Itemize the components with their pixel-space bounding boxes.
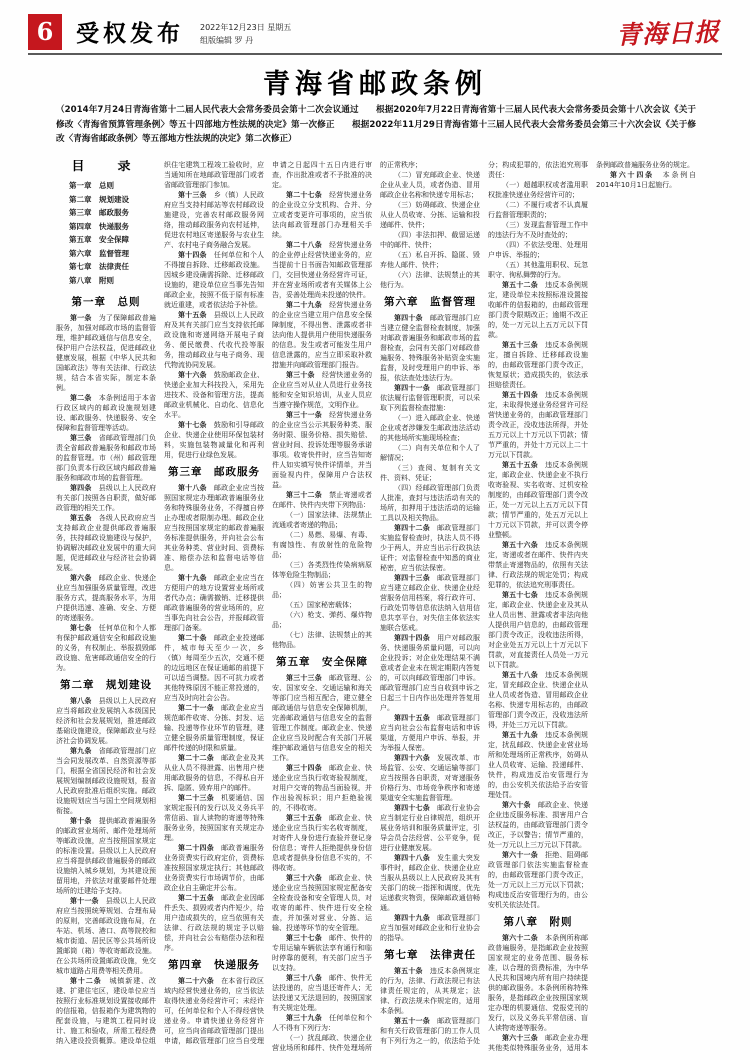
article-paragraph: 第五十九条 违反本条例规定，扰乱邮政、快递企业营业场所和处理场所正常秩序，妨碍从… (488, 730, 588, 800)
article-number: 第十六条 (178, 371, 214, 379)
article-paragraph: 第八条 县级以上人民政府应当将邮政业发展纳入本级国民经济和社会发展规划，推进邮政… (56, 696, 156, 746)
article-number: 第二十七条 (286, 191, 329, 199)
article-number: 第五十条 (394, 967, 430, 975)
article-paragraph: 第四十五条 邮政管理部门应当向社会公布监督电话和申诉渠道，方便用户申诉、举报，并… (380, 713, 480, 753)
article-paragraph: 第五十条 违反本条例规定的行为，法律、行政法规已有法律责任规定的，从其规定；法律… (380, 966, 480, 1016)
article-number: 第四十八条 (394, 854, 437, 862)
article-number: 第五十五条 (502, 461, 545, 469)
chapter-heading: 第五章 安全保障 (272, 657, 372, 667)
article-paragraph: （六）法律、法规禁止的其他行为。 (380, 270, 480, 290)
article-paragraph: （一）国家法律、法规禁止流通或者寄递的物品； (272, 510, 372, 530)
article-paragraph: 第四十八条 发生重大突发事件时，邮政企业、快递企业应当服从县级以上人民政府及其有… (380, 853, 480, 913)
article-paragraph: 第十条 提供邮政普遍服务的邮政营业场所、邮件处理场所等邮政设施，应当按照国家规定… (56, 816, 156, 896)
article-number: 第三十一条 (286, 411, 329, 419)
article-paragraph: 第四十四条 用户对邮政服务、快递服务质量问题，可以向企业投诉；对企业处理结果不满… (380, 633, 480, 713)
article-paragraph: 第三条 省邮政管理部门负责全省邮政普遍服务和邮政市场的监督管理。市（州）邮政管理… (56, 433, 156, 483)
article-number: 第五十一条 (394, 1017, 437, 1025)
article-number: 第十九条 (178, 574, 214, 582)
article-paragraph: 第三十条 经营快递业务的企业应当对从业人员进行业务技能和安全知识培训，从业人员应… (272, 370, 372, 410)
article-number: 第二十条 (178, 634, 214, 642)
article-paragraph: 第十五条 县级以上人民政府及其有关部门应当支持依托邮政设施和寄递网络开展电子商务… (164, 310, 264, 370)
chapter-heading: 第一章 总则 (56, 297, 156, 307)
article-number: 第五十二条 (502, 281, 545, 289)
article-number: 第十八条 (178, 484, 214, 492)
article-paragraph: 第十四条 任何单位和个人不得擅自拆除、迁移邮政设施。因城乡建设确需拆除、迁移邮政… (164, 250, 264, 310)
article-paragraph: 第五十八条 违反本条例规定，冒充邮政企业、快递企业从业人员或者伪造、冒用邮政企业… (488, 670, 588, 730)
article-number: 第四十六条 (394, 754, 437, 762)
article-number: 第四十二条 (394, 524, 437, 532)
article-number: 第四条 (70, 484, 99, 492)
page-number-badge: 6 (28, 14, 62, 50)
article-paragraph: 第四十一条 邮政管理部门依法履行监督管理职责，可以采取下列监督检查措施： (380, 383, 480, 413)
article-number: 第三十二条 (286, 491, 329, 499)
toc-item: 第四章 快递服务 (56, 220, 156, 234)
article-paragraph: 第四十三条 邮政管理部门应当建立邮政企业、快递企业经营服务信用档案，将行政许可、… (380, 573, 480, 633)
chapter-heading: 第七章 法律责任 (380, 950, 480, 960)
article-paragraph: 第七条 任何单位和个人都有保护邮政通信安全和邮政设施的义务，有权制止、举报损毁邮… (56, 623, 156, 673)
article-paragraph: 第三十四条 邮政企业、快递企业应当执行收寄验视制度，对用户交寄的物品当面验视，并… (272, 763, 372, 813)
article-number: 第四十九条 (394, 914, 437, 922)
toc-item: 第六章 监督管理 (56, 247, 156, 261)
article-paragraph: （三）各类烈性传染病病原体等危险生物制品； (272, 560, 372, 580)
article-number: 第十七条 (178, 421, 214, 429)
article-paragraph: 第五十四条 违反本条例规定，未取得快递业务经营许可经营快递业务的，由邮政管理部门… (488, 390, 588, 460)
article-number: 第二十八条 (286, 241, 329, 249)
article-paragraph: 第三十一条 经营快递业务的企业应当公示其服务种类、服务时限、服务价格、损失赔偿、… (272, 410, 372, 490)
regulation-title: 青海省邮政条例 (0, 62, 750, 101)
article-paragraph: 第五条 各级人民政府应当支持邮政企业提供邮政普遍服务，扶持邮政设施建设与保护，协… (56, 513, 156, 573)
article-number: 第六十二条 (502, 934, 545, 942)
toc-item: 第五章 安全保障 (56, 233, 156, 247)
toc-item: 第二章 规划建设 (56, 193, 156, 207)
article-paragraph: （三）妨碍邮政、快递企业从业人员收寄、分拣、运输和投递邮件、快件； (380, 200, 480, 230)
chapter-heading: 第三章 邮政服务 (164, 467, 264, 477)
article-number: 第十二条 (70, 977, 110, 985)
toc-item: 第一章 总则 (56, 179, 156, 193)
article-paragraph: 第三十九条 任何单位和个人不得有下列行为： (272, 1013, 372, 1033)
article-paragraph: 第二十九条 经营快递业务的企业应当建立用户信息安全保障制度，不得出售、泄露或者非… (272, 300, 372, 370)
article-paragraph: （三）发现监督管理工作中的违法行为不及时查处的； (488, 220, 588, 240)
article-paragraph: （四）经邮政管理部门负责人批准，查封与违法活动有关的场所，扣押用于违法活动的运输… (380, 483, 480, 523)
article-number: 第三条 (70, 434, 99, 442)
article-paragraph: 第九条 省邮政管理部门应当会同发展改革、自然资源等部门，根据全省国民经济和社会发… (56, 746, 156, 816)
article-paragraph: （三）查阅、复制有关文件、资料、凭证； (380, 463, 480, 483)
article-number: 第四十三条 (394, 574, 437, 582)
section-title: 受权发布 (76, 15, 184, 48)
article-number: 第二十九条 (286, 301, 329, 309)
article-paragraph: 第六十条 邮政企业、快递企业违反服务标准、损害用户合法权益的，由邮政管理部门责令… (488, 800, 588, 850)
toc-item: 第八章 附则 (56, 274, 156, 288)
toc-title: 目 录 (56, 162, 156, 172)
article-number: 第三十五条 (286, 814, 329, 822)
article-number: 第三十七条 (286, 934, 329, 942)
article-number: 第四十五条 (394, 714, 437, 722)
article-number: 第八条 (70, 697, 99, 705)
chapter-heading: 第二章 规划建设 (56, 680, 156, 690)
chapter-heading: 第六章 监督管理 (380, 297, 480, 307)
article-paragraph: （四）妨害公共卫生的物品； (272, 580, 372, 600)
article-number: 第二十一条 (178, 704, 221, 712)
article-paragraph: 第十八条 邮政企业应当按照国家规定办理邮政普遍服务业务和特殊服务业务，不得擅自停… (164, 483, 264, 573)
chapter-heading: 第八章 附则 (488, 917, 588, 927)
article-paragraph: 第三十二条 禁止寄递或者在邮件、快件内夹带下列物品： (272, 490, 372, 510)
article-paragraph: 第四十六条 发展改革、市场监管、公安、交通运输等部门应当按照各自职责，对寄递服务… (380, 753, 480, 803)
table-of-contents: 目 录 第一章 总则第二章 规划建设第三章 邮政服务第四章 快递服务第五章 安全… (56, 162, 156, 287)
article-paragraph: 第五十五条 违反本条例规定，邮政企业、快递企业不执行收寄验视、实名收寄、过机安检… (488, 460, 588, 540)
article-number: 第九条 (70, 747, 99, 755)
article-number: 第二十五条 (178, 894, 221, 902)
article-paragraph: 第四十七条 邮政行业协会应当制定行业自律规范，组织开展业务培训和服务质量评定，引… (380, 803, 480, 853)
article-paragraph: 第五十三条 违反本条例规定，擅自拆除、迁移邮政设施的，由邮政管理部门责令改正，恢… (488, 340, 588, 390)
toc-item: 第三章 邮政服务 (56, 206, 156, 220)
article-columns: 目 录 第一章 总则第二章 规划建设第三章 邮政服务第四章 快递服务第五章 安全… (56, 160, 696, 1055)
article-number: 第六十条 (502, 801, 538, 809)
article-paragraph: 第三十三条 邮政管理、公安、国家安全、交通运输和海关等部门应当相互配合，建立健全… (272, 673, 372, 763)
article-paragraph: 第六条 邮政企业、快递企业应当加强服务质量管理，改进服务方式，提高服务水平，为用… (56, 573, 156, 623)
article-paragraph: 第六十一条 拒绝、阻碍邮政管理部门依法实施监督检查的，由邮政管理部门责令改正，处… (488, 850, 588, 910)
page-header: 6 受权发布 2022年12月23日 星期五 组版编辑 罗 丹 青海日报 (28, 10, 722, 55)
article-number: 第五十六条 (502, 541, 545, 549)
article-paragraph: 第一条 为了保障邮政普遍服务，加强对邮政市场的监督管理，维护邮政通信与信息安全，… (56, 313, 156, 393)
article-number: 第七条 (70, 624, 99, 632)
article-paragraph: 第二十五条 邮政企业因邮件丢失、损毁或者内件短少，给用户造成损失的，应当依照有关… (164, 893, 264, 953)
article-number: 第五条 (70, 514, 99, 522)
article-paragraph: 第十九条 邮政企业应当在方便用户的地方设置营业场所或者代办点；确需撤销、迁移提供… (164, 573, 264, 633)
article-paragraph: 第十七条 鼓励和引导邮政企业、快递企业使用环保包装材料，实施包装物减量化和再利用… (164, 420, 264, 460)
article-paragraph: （二）易燃、易爆、有毒、有腐蚀性、有放射性的危险物品； (272, 530, 372, 560)
article-number: 第三十九条 (286, 1014, 329, 1022)
article-number: 第六十三条 (502, 1034, 545, 1042)
article-paragraph: （一）进入邮政企业、快递企业或者涉嫌发生邮政违法活动的其他场所实施现场检查； (380, 413, 480, 443)
article-number: 第四十四条 (394, 634, 437, 642)
article-paragraph: 第二十条 邮政企业投递邮件，城市每天至少一次，乡（镇）每周至少五次，交通不便的边… (164, 633, 264, 703)
article-number: 第六条 (70, 574, 99, 582)
article-paragraph: 第六十二条 本条例所称邮政普遍服务，是指邮政企业按照国家规定的业务范围、服务标准… (488, 933, 588, 1033)
article-paragraph: 第五十二条 违反本条例规定，建设单位未按照标准设置接收邮件的信报箱的，由邮政管理… (488, 280, 588, 340)
article-paragraph: 第十三条 乡（镇）人民政府应当支持村邮站等农村邮政设施建设，完善农村邮政服务网络… (164, 190, 264, 250)
article-paragraph: 第六十四条 本条例自2014年10月1日起施行。 (596, 170, 696, 190)
article-number: 第十四条 (178, 251, 214, 259)
newspaper-page: 6 受权发布 2022年12月23日 星期五 组版编辑 罗 丹 青海日报 青海省… (0, 0, 750, 1060)
article-paragraph: 第二条 本条例适用于本省行政区域内的邮政设施规划建设、邮政服务、快递服务、安全保… (56, 393, 156, 433)
article-paragraph: 第四十九条 邮政管理部门应当加强对邮政企业和行业协会的指导。 (380, 913, 480, 943)
article-paragraph: （二）向有关单位和个人了解情况； (380, 443, 480, 463)
article-paragraph: 第二十七条 经营快递业务的企业设立分支机构、合并、分立或者变更许可事项的，应当依… (272, 190, 372, 240)
article-number: 第五十九条 (502, 731, 545, 739)
article-paragraph: （六）枪支、弹药、爆炸物品； (272, 610, 372, 630)
article-paragraph: （一）超越职权或者滥用职权批准快递业务经营许可的； (488, 180, 588, 200)
toc-item: 第七章 法律责任 (56, 260, 156, 274)
article-paragraph: 第二十四条 邮政普遍服务业务资费实行政府定价，资费标准按照国家规定执行；其他邮政… (164, 843, 264, 893)
article-paragraph: 第十六条 鼓励邮政企业、快递企业加大科技投入，采用先进技术、设备和管理方法，提高… (164, 370, 264, 420)
editor-credit: 组版编辑 罗 丹 (200, 34, 291, 47)
article-paragraph: （四）不依法受理、处理用户申诉、举报的； (488, 240, 588, 260)
article-paragraph: 第三十七条 邮件、快件的专用运输车辆依法享有通行和临时停靠的便利，有关部门应当予… (272, 933, 372, 973)
article-number: 第二十六条 (178, 977, 221, 985)
chapter-heading: 第四章 快递服务 (164, 960, 264, 970)
article-number: 第五十八条 (502, 671, 545, 679)
article-paragraph: 第三十五条 邮政企业、快递企业应当执行实名收寄制度，对寄件人身份进行查验并登记身… (272, 813, 372, 873)
article-number: 第一条 (70, 314, 99, 322)
article-paragraph: 第二十三条 机要通信、国家规定报刊的发行以及义务兵平常信函、盲人读物的寄递等特殊… (164, 793, 264, 843)
article-paragraph: 第三十六条 邮政企业、快递企业应当按照国家规定配备安全检查设备和安全管理人员，对… (272, 873, 372, 933)
article-number: 第四十条 (394, 314, 430, 322)
article-number: 第四十一条 (394, 384, 437, 392)
article-number: 第五十七条 (502, 591, 545, 599)
article-number: 第三十八条 (286, 974, 329, 982)
article-paragraph: 第四条 县级以上人民政府有关部门按照各自职责，做好邮政管理的相关工作。 (56, 483, 156, 513)
enactment-note: （2014年7月24日青海省第十二届人民代表大会常务委员会第十二次会议通过 根据… (56, 103, 696, 147)
article-number: 第三十四条 (286, 764, 329, 772)
article-paragraph: 第二十八条 经营快递业务的企业停止经营快递业务的，应当提前十日书面告知邮政管理部… (272, 240, 372, 300)
publish-date: 2022年12月23日 星期五 (200, 21, 291, 34)
article-paragraph: （二）不履行或者不认真履行监督管理职责的； (488, 200, 588, 220)
article-number: 第二十三条 (178, 794, 221, 802)
article-number: 第三十三条 (286, 674, 329, 682)
article-paragraph: （五）私自开拆、隐匿、毁弃他人邮件、快件； (380, 250, 480, 270)
article-number: 第三十六条 (286, 874, 329, 882)
article-paragraph: （七）法律、法规禁止的其他物品。 (272, 630, 372, 650)
article-paragraph: （四）非法扣押、截留运递中的邮件、快件； (380, 230, 480, 250)
article-paragraph: （五）其他滥用职权、玩忽职守、徇私舞弊的行为。 (488, 260, 588, 280)
article-number: 第五十四条 (502, 391, 545, 399)
article-number: 第十一条 (70, 897, 106, 905)
newspaper-masthead-logo: 青海日报 (615, 12, 720, 52)
article-paragraph: 第四十条 邮政管理部门应当建立健全监督检查制度，加强对邮政普遍服务和邮政市场的监… (380, 313, 480, 383)
article-paragraph: （五）国家秘密载体； (272, 600, 372, 610)
article-number: 第二十二条 (178, 754, 221, 762)
article-number: 第三十条 (286, 371, 322, 379)
article-paragraph: 第五十六条 违反本条例规定，寄递或者在邮件、快件内夹带禁止寄递物品的，依照有关法… (488, 540, 588, 590)
date-editor-block: 2022年12月23日 星期五 组版编辑 罗 丹 (200, 17, 291, 47)
article-paragraph: 第二十二条 邮政企业及其从业人员不得泄露、出售用户使用邮政服务的信息，不得私自开… (164, 753, 264, 793)
article-paragraph: （二）冒充邮政企业、快递企业从业人员，或者伪造、冒用邮政企业名称和快递专用标志； (380, 170, 480, 200)
article-number: 第六十四条 (610, 171, 663, 179)
article-paragraph: 第四十二条 邮政管理部门实施监督检查时，执法人员不得少于两人，并应当出示行政执法… (380, 523, 480, 573)
article-number: 第十三条 (178, 191, 214, 199)
article-number: 第十条 (70, 817, 99, 825)
article-paragraph: 第三十八条 邮件、快件无法投递的，应当退还寄件人；无法投递又无法退回的，按照国家… (272, 973, 372, 1013)
article-paragraph: 第二十一条 邮政企业应当规范邮件收寄、分拣、封发、运输、投递等作业环节的管理，建… (164, 703, 264, 753)
article-number: 第二十四条 (178, 844, 221, 852)
toc-list: 第一章 总则第二章 规划建设第三章 邮政服务第四章 快递服务第五章 安全保障第六… (56, 179, 156, 287)
article-number: 第二条 (70, 394, 99, 402)
article-number: 第四十七条 (394, 804, 437, 812)
article-number: 第十五条 (178, 311, 214, 319)
article-number: 第五十三条 (502, 341, 545, 349)
article-paragraph: 第十一条 县级以上人民政府应当按照统筹规划、合理布局的原则，完善邮政设施布局，在… (56, 896, 156, 976)
article-paragraph: 第五十七条 违反本条例规定，邮政企业、快递企业及其从业人员出售、泄露或者非法向他… (488, 590, 588, 670)
article-number: 第六十一条 (502, 851, 545, 859)
